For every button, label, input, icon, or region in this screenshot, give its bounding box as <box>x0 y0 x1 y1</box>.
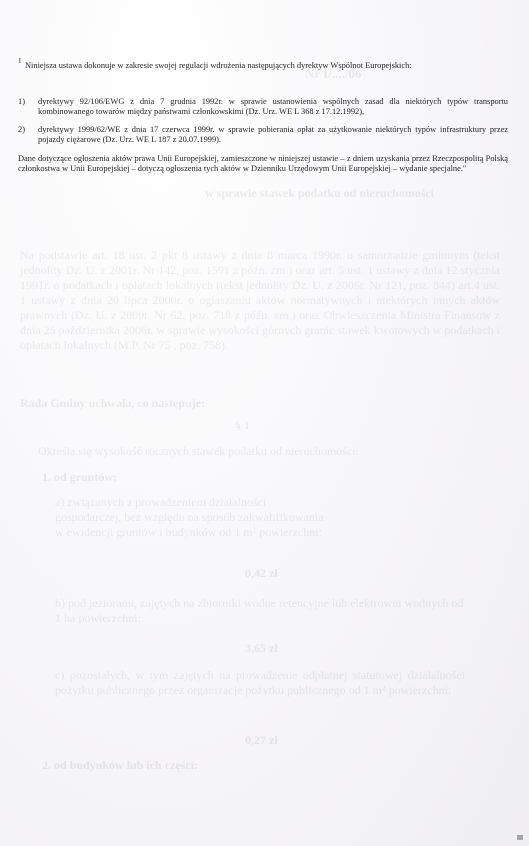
ghost-item-b: b) pod jeziorami, zajętych na zbiorniki … <box>55 596 465 626</box>
ghost-council-resolves: Rada Gminy uchwala, co następuje: <box>20 396 205 411</box>
ghost-rates-intro: Określa się wysokość rocznych stawek pod… <box>38 444 359 459</box>
ghost-list-land: 1. od gruntów: <box>42 470 117 485</box>
directive-text: dyrektywy 92/106/EWG z dnia 7 grudnia 19… <box>38 97 508 117</box>
ghost-item-c: c) pozostałych, w tym zajętych na prowad… <box>55 668 465 698</box>
scanned-page: Nr I/..../06 w sprawie stawek podatku od… <box>0 0 529 846</box>
footnote-marker: 1 <box>18 56 22 66</box>
directive-number: 2) <box>18 125 25 135</box>
ghost-legal-basis: Na podstawie art. 18 ust. 2 pkt 8 ustawy… <box>20 248 500 353</box>
footnote-closing: Dane dotyczące ogłoszenia aktów prawa Un… <box>18 154 508 174</box>
footnote-intro: Niniejsza ustawa dokonuje w zakresie swo… <box>25 61 515 71</box>
ghost-value-a: 0,42 zł <box>245 566 278 581</box>
ghost-value-b: 3,65 zł <box>245 641 278 656</box>
ghost-list-buildings: 2. od budynków lub ich części: <box>42 758 198 773</box>
ghost-subtitle: w sprawie stawek podatku od nieruchomośc… <box>205 186 434 201</box>
ghost-section-mark: § 1 <box>235 418 250 433</box>
directive-text: dyrektywy 1999/62/WE z dnia 17 czerwca 1… <box>38 125 508 145</box>
ghost-value-c: 0,27 zł <box>245 733 278 748</box>
ghost-item-a: a) związanych z prowadzeniem działalnośc… <box>55 495 335 540</box>
scan-corner-mark <box>517 835 523 840</box>
directive-item: 2) dyrektywy 1999/62/WE z dnia 17 czerwc… <box>18 125 508 145</box>
directive-number: 1) <box>18 97 25 107</box>
directive-item: 1) dyrektywy 92/106/EWG z dnia 7 grudnia… <box>18 97 508 117</box>
